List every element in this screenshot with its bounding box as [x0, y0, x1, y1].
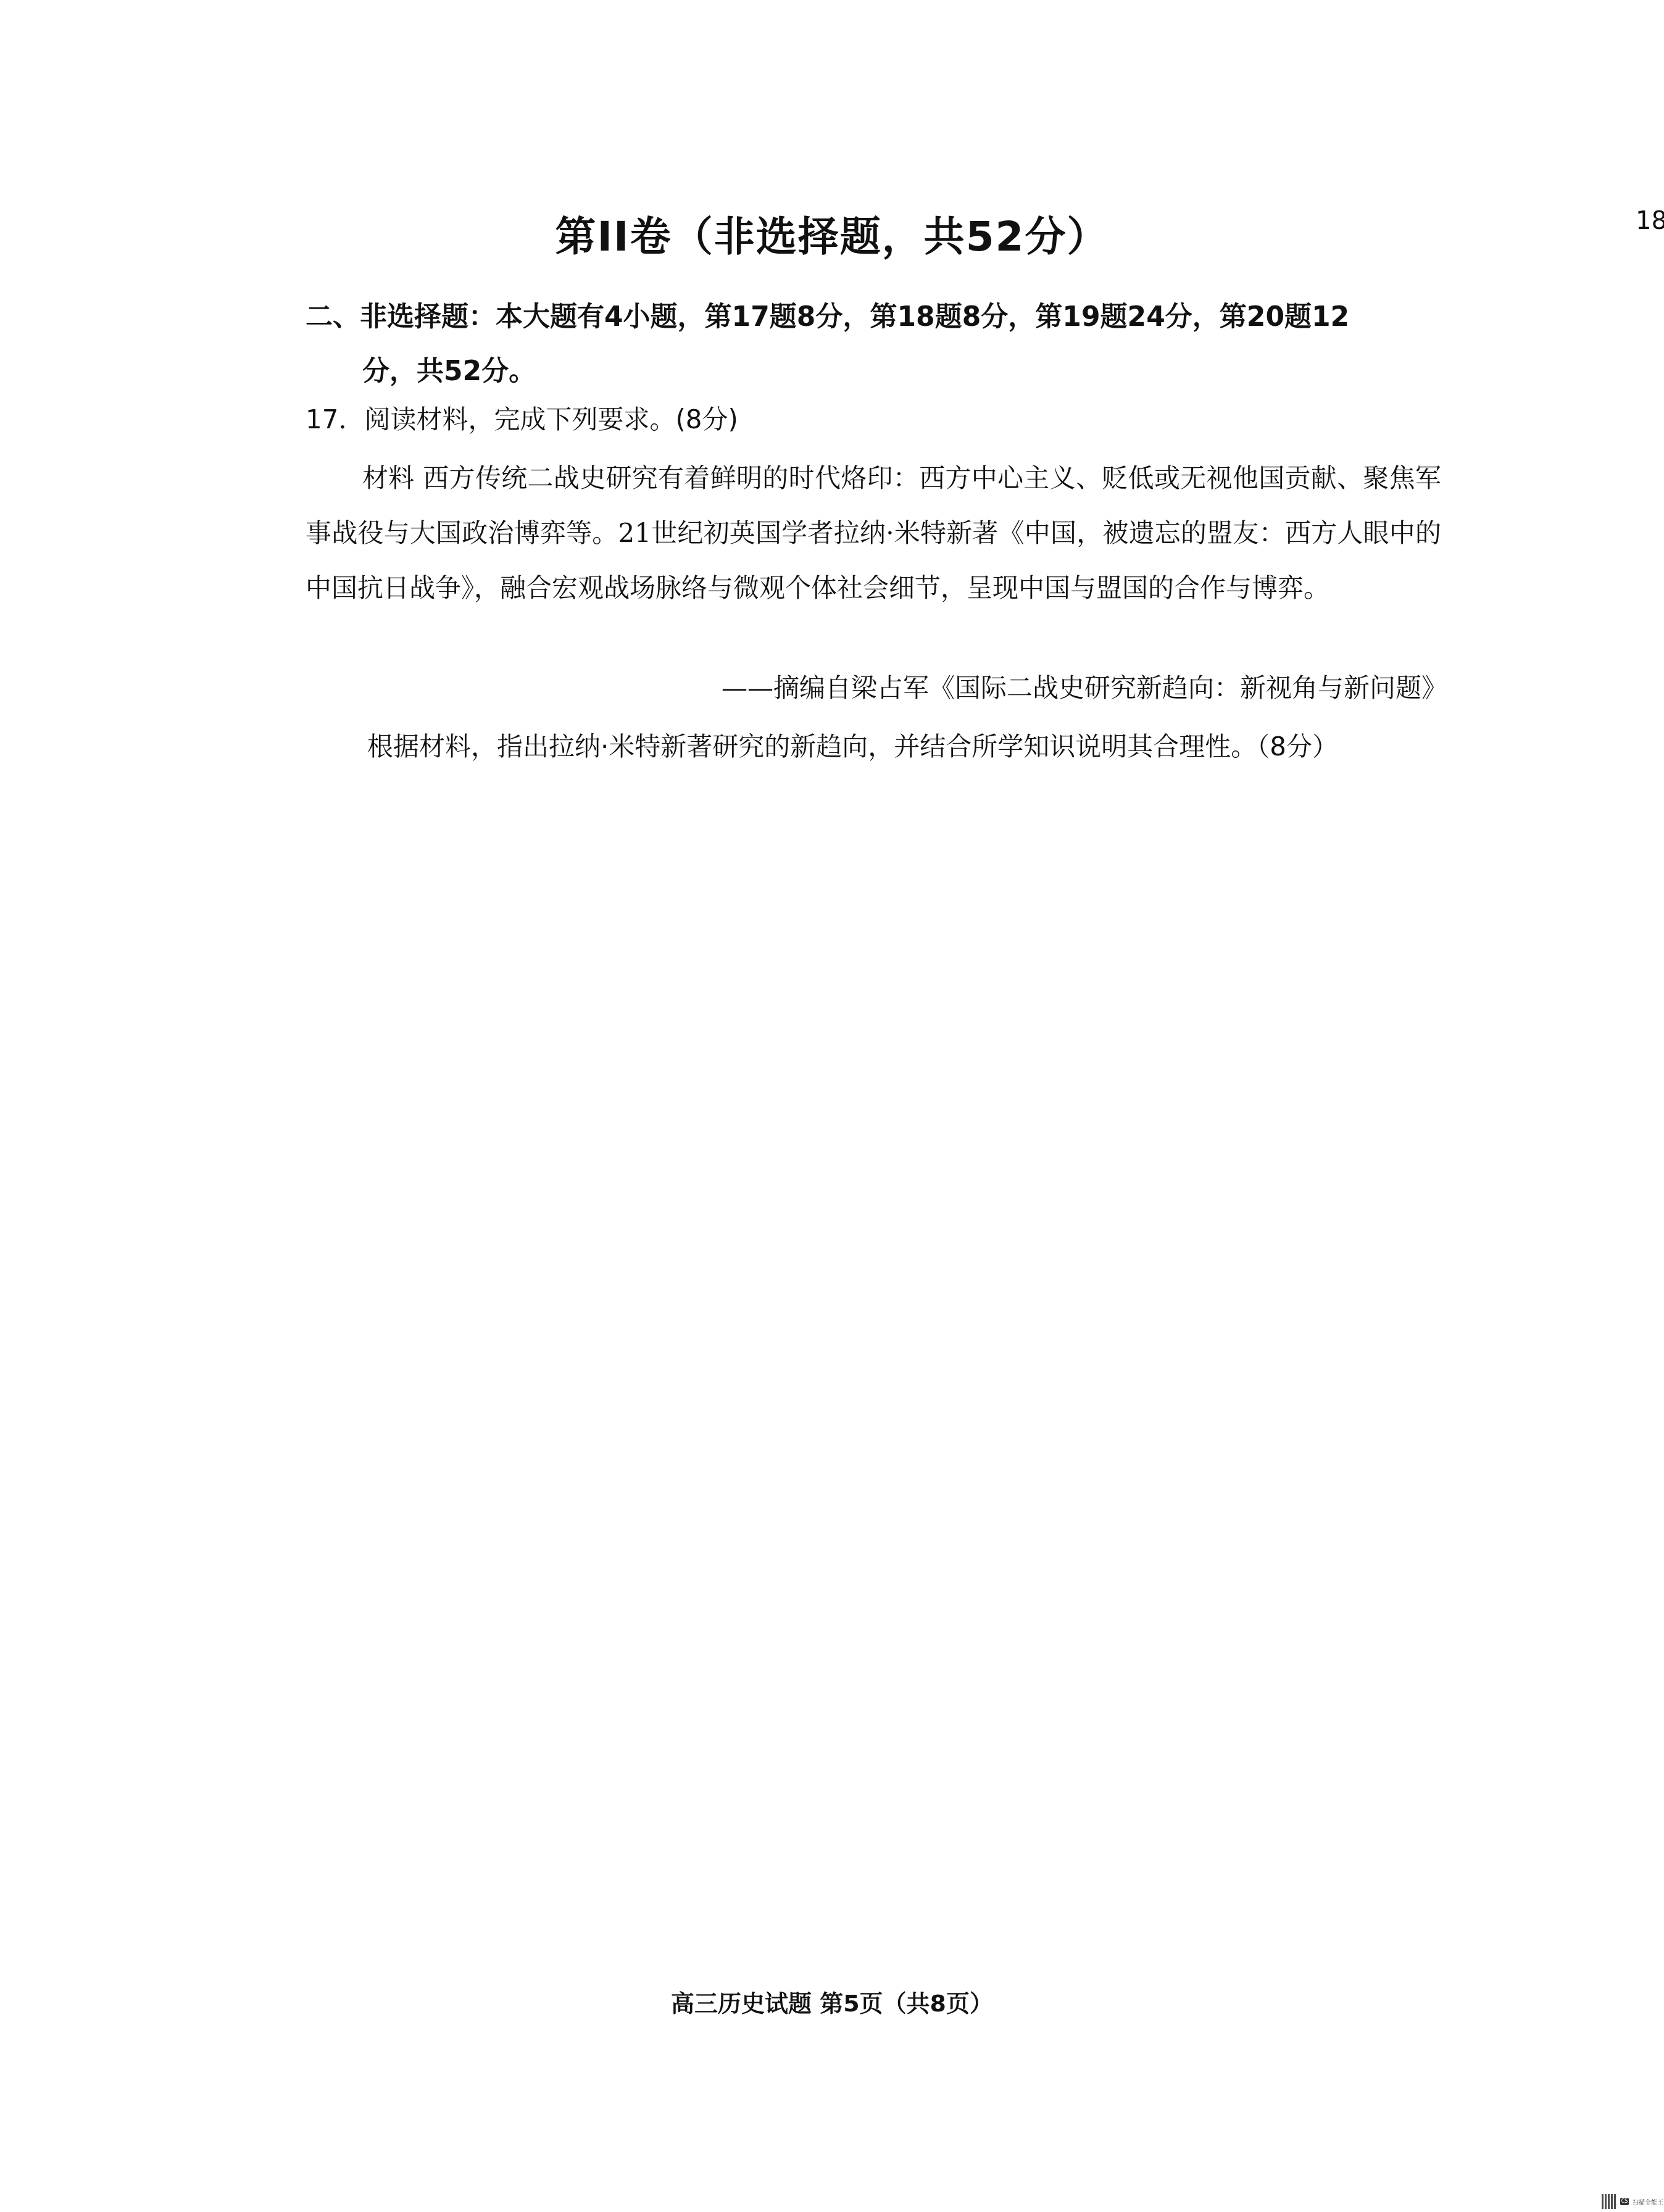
material-source: ——摘编自梁占军《国际二战史研究新趋向：新视角与新问题》 — [306, 670, 1447, 707]
scanner-watermark: CS 扫描全能王 — [1602, 2194, 1663, 2209]
edge-question-number: 18. — [1636, 207, 1664, 235]
qr-code-icon — [1602, 2194, 1616, 2209]
scanner-label: 扫描全能王 — [1633, 2197, 1663, 2206]
page-title: 第II卷（非选择题，共52分） — [0, 204, 1664, 262]
section-intro: 二、非选择题：本大题有4小题，第17题8分，第18题8分，第19题24分，第20… — [306, 290, 1466, 399]
material-text: 西方传统二战史研究有着鲜明的时代烙印：西方中心主义、贬低或无视他国贡献、聚焦军事… — [306, 463, 1441, 603]
cs-icon: CS — [1620, 2198, 1629, 2205]
material-label: 材料 — [306, 463, 415, 493]
material-block: 材料 西方传统二战史研究有着鲜明的时代烙印：西方中心主义、贬低或无视他国贡献、聚… — [306, 451, 1441, 615]
section-intro-line-1: 二、非选择题：本大题有4小题，第17题8分，第18题8分，第19题24分，第20… — [306, 290, 1466, 344]
page-footer: 高三历史试题 第5页（共8页） — [0, 1984, 1664, 2018]
question-heading: 17．阅读材料，完成下列要求。(8分) — [306, 401, 738, 438]
section-intro-line-2: 分，共52分。 — [306, 344, 1466, 399]
question-prompt: 根据材料，指出拉纳·米特新著研究的新趋向，并结合所学知识说明其合理性。（8分） — [367, 728, 1338, 765]
